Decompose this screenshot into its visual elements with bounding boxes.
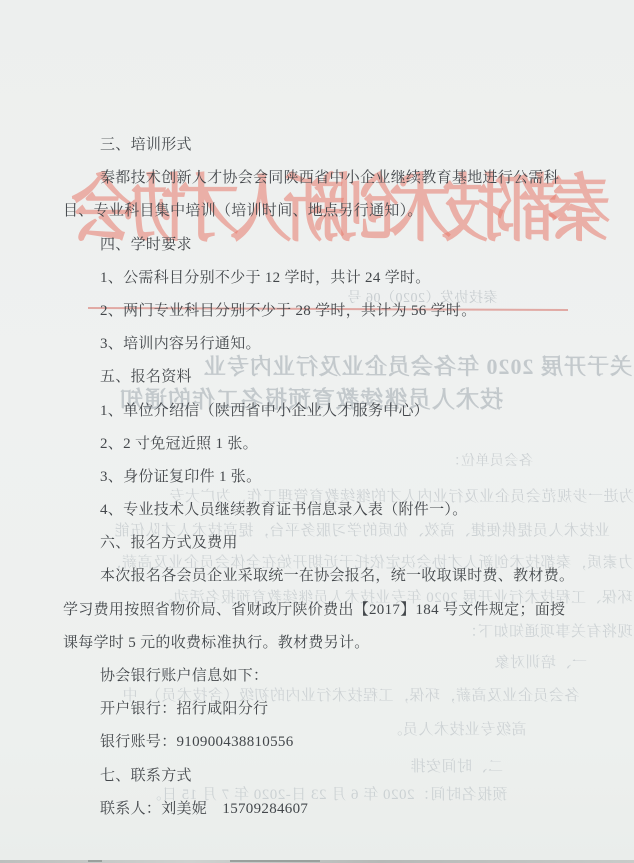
doc-line-bank-name: 开户银行：招行咸阳分行	[63, 693, 577, 726]
doc-line: 课每学时 5 元的收费标准执行。教材费另计。	[63, 627, 577, 660]
doc-line-item: 4、专业技术人员继续教育证书信息录入表（附件一）。	[63, 494, 577, 527]
doc-line-heading-3: 三、培训形式	[63, 129, 577, 162]
doc-line-item: 1、单位介绍信（陕西省中小企业人才服务中心）	[63, 395, 577, 428]
doc-line-heading-7: 七、联系方式	[63, 760, 577, 793]
scan-edge-mark	[230, 860, 320, 862]
scan-edge-mark	[88, 860, 102, 862]
doc-line-heading-6: 六、报名方式及费用	[63, 527, 577, 560]
doc-line: 本次报名各会员企业采取统一在协会报名，统一收取课时费、教材费。	[63, 560, 577, 593]
document-body: 三、培训形式 秦都技术创新人才协会会同陕西省中小企业继续教育基地进行公需科 目、…	[63, 129, 577, 826]
doc-line-bank-intro: 协会银行账户信息如下：	[63, 660, 577, 693]
scanned-document-page: 秦都技术创新人才协会 秦技协发（2020）06 号 关于开展 2020 年各会员…	[0, 0, 634, 863]
doc-line-item: 1、公需科目分别不少于 12 学时，共计 24 学时。	[63, 262, 577, 295]
doc-line-item: 3、培训内容另行通知。	[63, 328, 577, 361]
doc-line-item: 3、身份证复印件 1 张。	[63, 461, 577, 494]
doc-line: 目、专业科目集中培训（培训时间、地点另行通知）。	[63, 195, 577, 228]
doc-line-item: 2、两门专业科目分别不少于 28 学时，共计为 56 学时。	[63, 295, 577, 328]
doc-line: 学习费用按照省物价局、省财政厅陕价费出【2017】184 号文件规定；面授	[63, 594, 577, 627]
doc-line-contact: 联系人：刘美妮 15709284607	[63, 793, 577, 826]
doc-line-heading-4: 四、学时要求	[63, 229, 577, 262]
doc-line-bank-account: 银行账号：910900438810556	[63, 726, 577, 759]
doc-line-item: 2、2 寸免冠近照 1 张。	[63, 428, 577, 461]
doc-line-heading-5: 五、报名资料	[63, 361, 577, 394]
doc-line: 秦都技术创新人才协会会同陕西省中小企业继续教育基地进行公需科	[63, 162, 577, 195]
